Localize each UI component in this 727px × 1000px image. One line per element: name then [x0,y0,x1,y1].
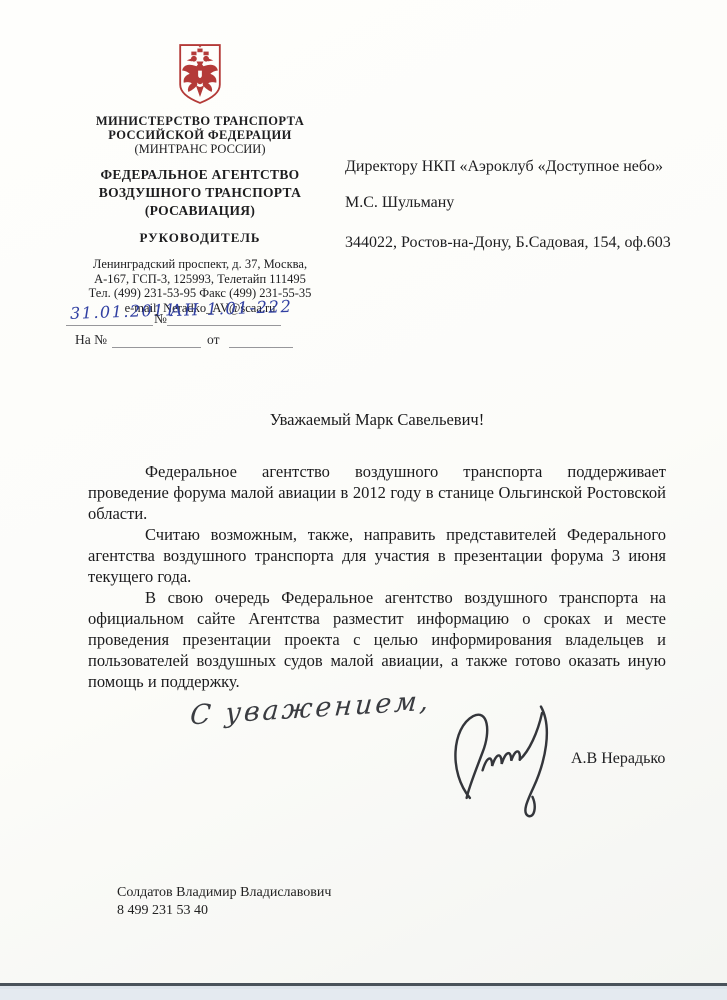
russian-coat-of-arms-icon [177,42,223,106]
address-line1: Ленинградский проспект, д. 37, Москва, [52,257,348,272]
reply-date-label: от [207,332,219,348]
body-paragraph-2: Считаю возможным, также, направить предс… [88,524,666,587]
agency-short-name: (РОСАВИАЦИЯ) [52,202,348,220]
agency-name-line1: ФЕДЕРАЛЬНОЕ АГЕНТСТВО [52,166,348,184]
ministry-name-line2: РОССИЙСКОЙ ФЕДЕРАЦИИ [52,128,348,142]
recipient-title: Директору НКП «Аэроклуб «Доступное небо» [345,156,681,178]
salutation: Уважаемый Марк Савельевич! [88,409,666,430]
body-paragraph-3: В свою очередь Федеральное агентство воз… [88,587,666,692]
handwritten-closing: С уважением, [189,686,433,732]
ministry-name-line1: МИНИСТЕРСТВО ТРАНСПОРТА [52,114,348,128]
letterhead: МИНИСТЕРСТВО ТРАНСПОРТА РОССИЙСКОЙ ФЕДЕР… [52,42,348,315]
letter-body: Уважаемый Марк Савельевич! Федеральное а… [88,409,666,692]
signature-flourish [436,696,578,834]
executor-name: Солдатов Владимир Владиславович [117,884,331,902]
reply-to-number-label: На № [75,332,107,348]
recipient-name: М.С. Шульману [345,192,681,214]
handwritten-outgoing-number: АН 1.01-222 [170,297,293,320]
scanner-background [0,989,727,1000]
ministry-short-name: (МИНТРАНС РОССИИ) [52,142,348,157]
reply-date-underline [229,347,293,348]
address-line3: Тел. (499) 231-53-95 Факс (499) 231-55-3… [52,286,348,301]
recipient-block: Директору НКП «Аэроклуб «Доступное небо»… [345,156,681,254]
number-sign-label: № [154,311,167,327]
signer-name: А.В Нерадько [571,750,665,768]
executor-phone: 8 499 231 53 40 [117,902,331,920]
reply-number-underline [112,347,201,348]
agency-name-line2: ВОЗДУШНОГО ТРАНСПОРТА [52,184,348,202]
number-underline [167,325,281,326]
position-title: РУКОВОДИТЕЛЬ [52,230,348,246]
recipient-address: 344022, Ростов-на-Дону, Б.Садовая, 154, … [345,232,681,254]
body-paragraph-1: Федеральное агентство воздушного транспо… [88,461,666,524]
address-line2: А-167, ГСП-3, 125993, Телетайп 111495 [52,272,348,287]
date-underline [66,325,153,326]
scanned-letter-page: МИНИСТЕРСТВО ТРАНСПОРТА РОССИЙСКОЙ ФЕДЕР… [0,0,727,986]
executor-block: Солдатов Владимир Владиславович 8 499 23… [117,884,331,920]
